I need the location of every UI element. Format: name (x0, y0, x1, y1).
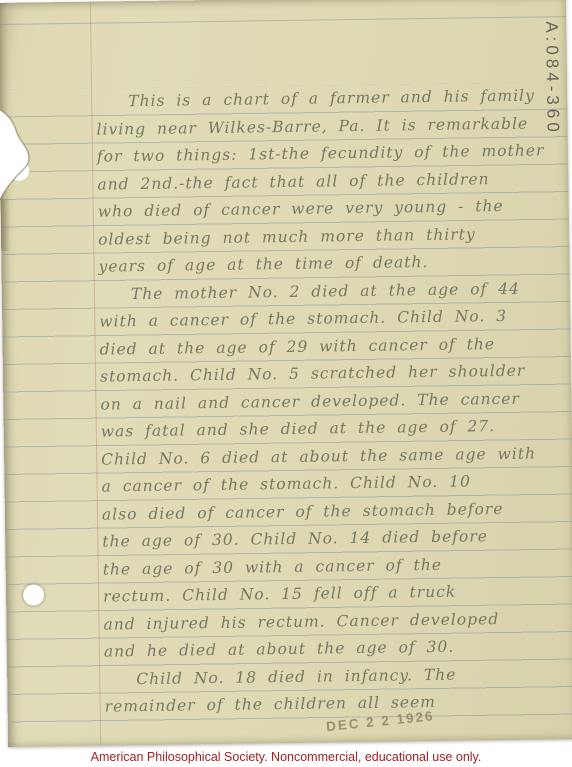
top-rule-line (0, 16, 566, 25)
torn-notch (0, 107, 41, 210)
torn-edge-shading (1, 199, 11, 251)
handwritten-text: This is a chart of a farmer and his fami… (96, 82, 570, 721)
manuscript-page: A:084-360 This is a chart of a farmer an… (0, 0, 572, 747)
hole-punch (23, 584, 44, 605)
footer-credit: American Philosophical Society. Noncomme… (0, 750, 572, 764)
